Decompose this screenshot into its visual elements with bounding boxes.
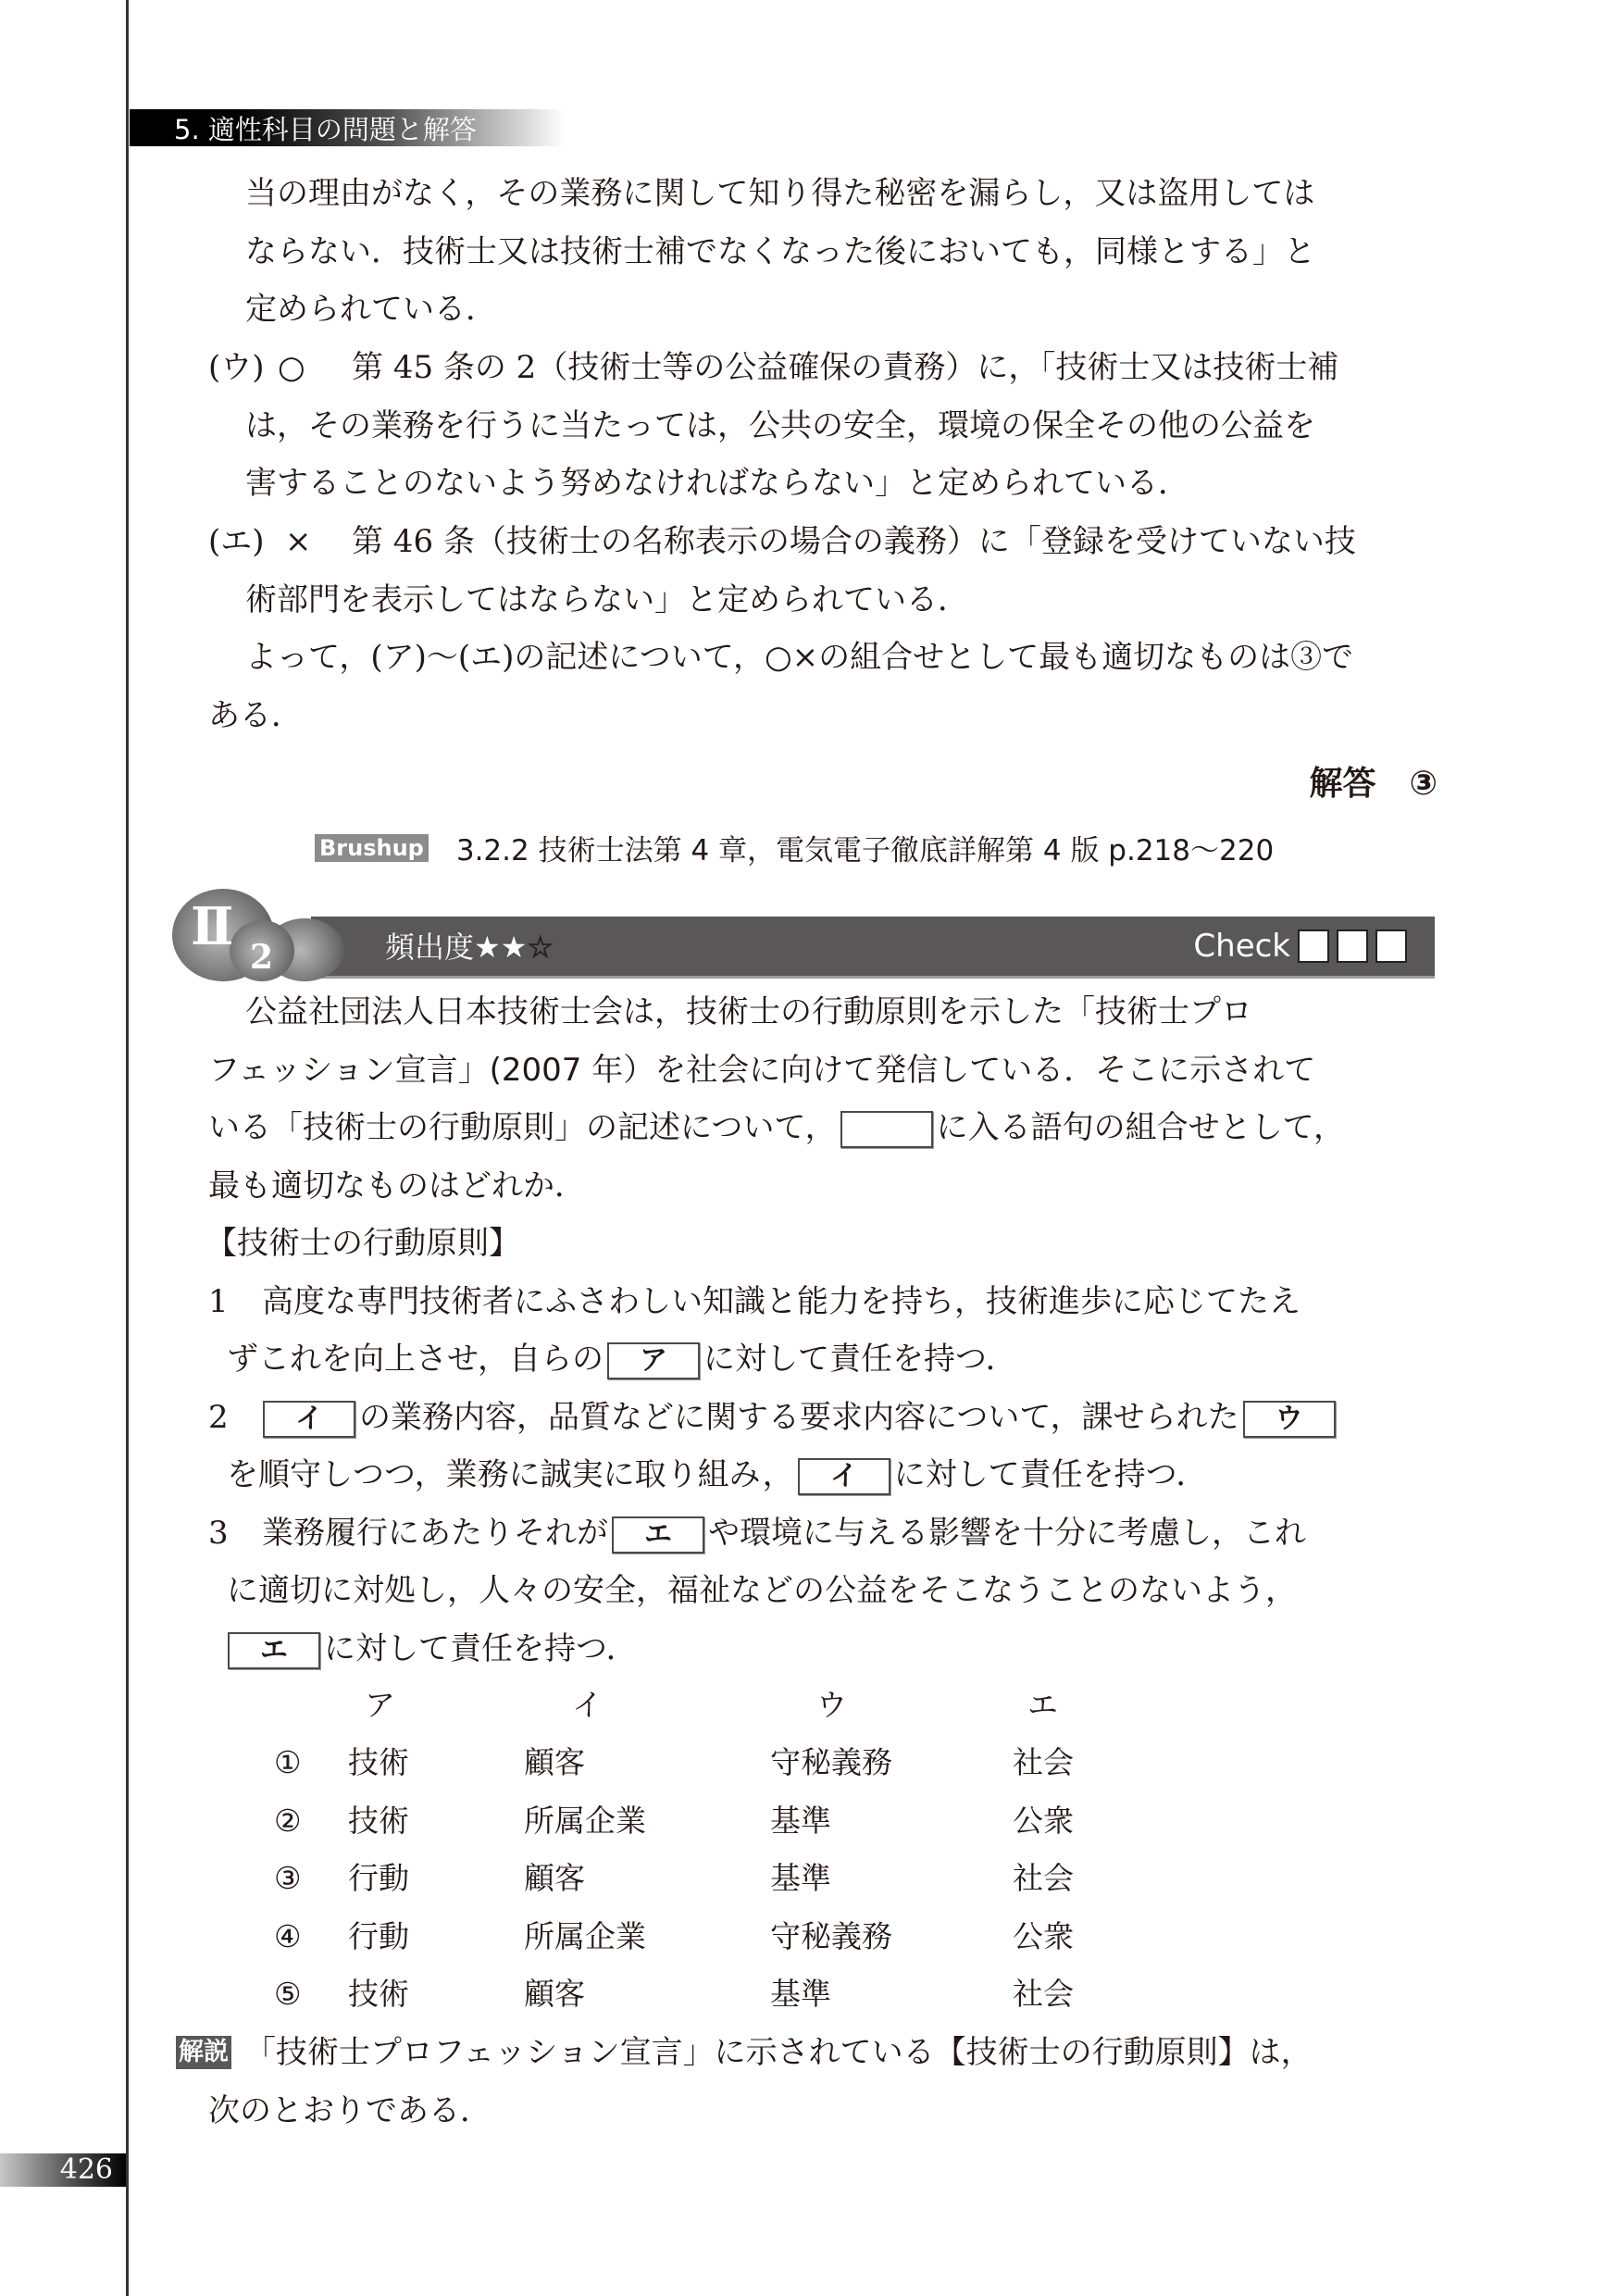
question-stem-line: フェッション宣言」(2007 年）を社会に向けて発信している．そこに示されて [208, 1052, 1315, 1089]
stem-text: いる「技術士の行動原則」の記述について， [208, 1109, 837, 1146]
choice-cell: 行動 [348, 1860, 409, 1897]
choice-cell: 所属企業 [524, 1803, 646, 1840]
choice-cell: 基準 [770, 1803, 831, 1840]
answer-label: 解答 [1310, 765, 1376, 803]
principle-text-part: に対して責任を持つ． [894, 1456, 1208, 1493]
principle-text: 業務履行にあたりそれがエや環境に与える影響を十分に考慮し，これ [262, 1515, 1306, 1554]
question-header: II 2 頻出度★★☆ Check [172, 889, 1435, 986]
choice-cell: 技術 [348, 1803, 409, 1840]
principle-number: 3 [208, 1515, 229, 1552]
stem-text: に入る語句の組合せとして， [937, 1109, 1345, 1146]
frequency-rating: 頻出度★★☆ [385, 924, 554, 970]
chapter-title: 5. 適性科目の問題と解答 [130, 109, 477, 147]
principle-text: イの業務内容，品質などに関する要求内容について，課せられたウ [259, 1399, 1339, 1438]
check-label: Check [1193, 926, 1290, 967]
choice-cell: 社会 [1013, 1744, 1074, 1781]
item-u-label: (ウ) [208, 349, 265, 386]
choice-cell: 守秘義務 [770, 1744, 892, 1781]
chapter-header: 5. 適性科目の問題と解答 [130, 109, 565, 146]
blank-a: ア [607, 1342, 700, 1379]
item-e-text: 術部門を表示してはならない」と定められている． [245, 581, 969, 618]
brushup-reference: Brushup 3.2.2 技術士法第 4 章，電気電子徹底詳解第 4 版 p.… [315, 827, 1274, 868]
principle-number: 1 [208, 1283, 229, 1320]
question-stem-line: 公益社団法人日本技術士会は，技術士の行動原則を示した「技術士プロ [245, 993, 1252, 1030]
choice-cell: 顧客 [524, 1744, 585, 1781]
choice-cell: 社会 [1013, 1976, 1074, 2013]
column-header: エ [1027, 1687, 1058, 1724]
choice-cell: 顧客 [524, 1976, 585, 2013]
section-roman: II [191, 894, 228, 959]
blank-e: エ [612, 1516, 704, 1554]
check-boxes: Check [1193, 926, 1407, 967]
frequency-label: 頻出度 [385, 930, 474, 965]
item-u-mark: ○ [278, 349, 305, 386]
principles-title: 【技術士の行動原則】 [205, 1225, 520, 1262]
check-box-1[interactable] [1298, 930, 1329, 963]
answer: 解答③ [1310, 757, 1438, 805]
explanation-line: 定められている． [245, 291, 497, 328]
blank-box [840, 1111, 933, 1148]
principle-text-part: の業務内容，品質などに関する要求内容について，課せられた [359, 1399, 1239, 1436]
principle-text: を順守しつつ，業務に誠実に取り組み，イに対して責任を持つ． [227, 1456, 1207, 1495]
principle-text: 高度な専門技術者にふさわしい知識と能力を持ち，技術進歩に応じてたえ [262, 1283, 1301, 1320]
explanation-badge: 解説 [176, 2036, 231, 2069]
principle-text-part: や環境に与える影響を十分に考慮し，これ [708, 1515, 1306, 1552]
conclusion-line: ある． [208, 697, 303, 734]
item-e-text: 第 46 条（技術士の名称表示の場合の義務）に「登録を受けていない技 [352, 523, 1356, 560]
brushup-text: 3.2.2 技術士法第 4 章，電気電子徹底詳解第 4 版 p.218～220 [456, 827, 1274, 868]
item-e-label: (エ) [208, 523, 265, 560]
choice-number: ③ [274, 1860, 302, 1897]
principle-number: 2 [208, 1399, 229, 1436]
column-header: イ [572, 1687, 603, 1724]
choice-number: ④ [274, 1918, 302, 1955]
principle-text: ずこれを向上させ，自らのアに対して責任を持つ． [227, 1341, 1017, 1379]
star-filled-icon: ★★ [474, 930, 527, 965]
question-number: 2 [250, 937, 273, 978]
choice-cell: 社会 [1013, 1860, 1074, 1897]
choice-cell: 行動 [348, 1918, 409, 1955]
choice-cell: 基準 [770, 1976, 831, 2013]
explanation-line: 次のとおりである． [208, 2092, 492, 2129]
question-stem-line: いる「技術士の行動原則」の記述について，に入る語句の組合せとして， [208, 1109, 1345, 1148]
choice-cell: 所属企業 [524, 1918, 646, 1955]
blank-e: エ [228, 1632, 320, 1669]
conclusion-line: よって，(ア)～(エ)の記述について，○×の組合せとして最も適切なものは③で [245, 639, 1353, 676]
blank-i: イ [798, 1458, 890, 1495]
item-e-mark: × [285, 523, 312, 560]
principle-text: に適切に対処し，人々の安全，福祉などの公益をそこなうことのないよう， [227, 1572, 1297, 1609]
principle-text-part: を順守しつつ，業務に誠実に取り組み， [227, 1456, 794, 1493]
star-empty-icon: ☆ [527, 930, 554, 965]
choice-cell: 公衆 [1013, 1918, 1074, 1955]
choice-cell: 顧客 [524, 1860, 585, 1897]
blank-u: ウ [1243, 1401, 1336, 1438]
principle-text-part: ずこれを向上させ，自らの [227, 1341, 604, 1378]
explanation-line: ならない．技術士又は技術士補でなくなった後においても，同様とする」と [245, 233, 1315, 270]
question-stem-line: 最も適切なものはどれか． [208, 1167, 586, 1204]
page-margin-rule [126, 0, 129, 2296]
column-header: ア [365, 1687, 395, 1724]
choice-cell: 公衆 [1013, 1803, 1074, 1840]
principle-text: エに対して責任を持つ． [224, 1630, 638, 1669]
page-number: 426 [0, 2153, 126, 2187]
choice-number: ⑤ [274, 1976, 302, 2013]
item-u-text: は，その業務を行うに当たっては，公共の安全，環境の保全その他の公益を [245, 407, 1315, 444]
choice-cell: 技術 [348, 1976, 409, 2013]
principle-text-part: に対して責任を持つ． [703, 1341, 1017, 1378]
blank-i: イ [263, 1401, 355, 1438]
choice-cell: 技術 [348, 1744, 409, 1781]
item-u-text: 害することのないよう努めなければならない」と定められている． [245, 465, 1189, 502]
item-u-text: 第 45 条の 2（技術士等の公益確保の責務）に，「技術士又は技術士補 [352, 349, 1338, 386]
check-box-3[interactable] [1375, 930, 1407, 963]
choice-number: ② [274, 1803, 302, 1840]
check-box-2[interactable] [1337, 930, 1368, 963]
choice-cell: 基準 [770, 1860, 831, 1897]
principle-text-part: に対して責任を持つ． [324, 1630, 638, 1667]
explanation-line: 解説「技術士プロフェッション宣言」に示されている【技術士の行動原則】は， [176, 2034, 1313, 2071]
brushup-badge: Brushup [315, 834, 429, 862]
principle-text-part: 業務履行にあたりそれが [262, 1515, 608, 1552]
answer-value: ③ [1410, 765, 1438, 803]
choice-number: ① [274, 1744, 302, 1781]
choice-cell: 守秘義務 [770, 1918, 892, 1955]
explanation-line: 当の理由がなく，その業務に関して知り得た秘密を漏らし，又は盗用しては [245, 175, 1314, 212]
explanation-text: 「技術士プロフェッション宣言」に示されている【技術士の行動原則】は， [244, 2034, 1313, 2071]
column-header: ウ [816, 1687, 847, 1724]
